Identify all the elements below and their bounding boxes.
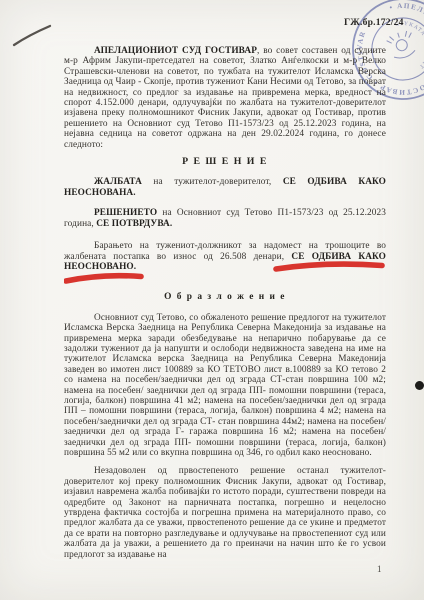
red-underline-left xyxy=(66,276,141,281)
red-underline-right xyxy=(276,264,382,269)
stamp-emblem-icon xyxy=(385,29,418,61)
reasoning-paragraph-1: Основниот суд Тетово, со обжаленото реше… xyxy=(64,313,386,459)
confirmed-text: СЕ ПОТВРДУВА. xyxy=(96,219,172,229)
intro-text: , во совет составен од судиите м-р Африм… xyxy=(64,46,386,150)
page-number: 1 xyxy=(377,564,382,574)
court-name: АПЕЛАЦИОНИОТ СУД ГОСТИВАР xyxy=(94,46,257,56)
appeal-word: ЖАЛБАТА xyxy=(94,177,142,187)
document-body: АПЕЛАЦИОНИОТ СУД ГОСТИВАР, во совет сост… xyxy=(64,46,386,560)
resenieto-word: РЕШЕНИЕТО xyxy=(94,208,157,218)
decision-heading: Р Е Ш Е Н И Е xyxy=(64,157,386,167)
ruling-confirmation-paragraph: РЕШЕНИЕТО на Основниот суд Тетово П1-157… xyxy=(64,208,386,229)
reasoning-paragraph-2: Незадоволен од првостепеното решение ост… xyxy=(64,466,386,560)
intro-paragraph: АПЕЛАЦИОНИОТ СУД ГОСТИВАР, во совет сост… xyxy=(64,46,386,150)
reasoning-heading: О б р а з л о ж е н и е xyxy=(64,292,386,302)
pen-slash-mark xyxy=(11,22,55,50)
ruling-costs-paragraph: Барањето на тужениот-должникот за надоме… xyxy=(64,241,386,272)
appeal-text: на тужителот-доверителот, xyxy=(142,177,283,187)
punch-hole-dot xyxy=(415,381,424,390)
scanned-court-document-page: ГЖ.бр.172/24 • АПЕЛАЦИОНЕН СУД • ГОСТИВА… xyxy=(0,0,424,600)
ruling-appeal-paragraph: ЖАЛБАТА на тужителот-доверителот, СЕ ОДБ… xyxy=(64,177,386,198)
